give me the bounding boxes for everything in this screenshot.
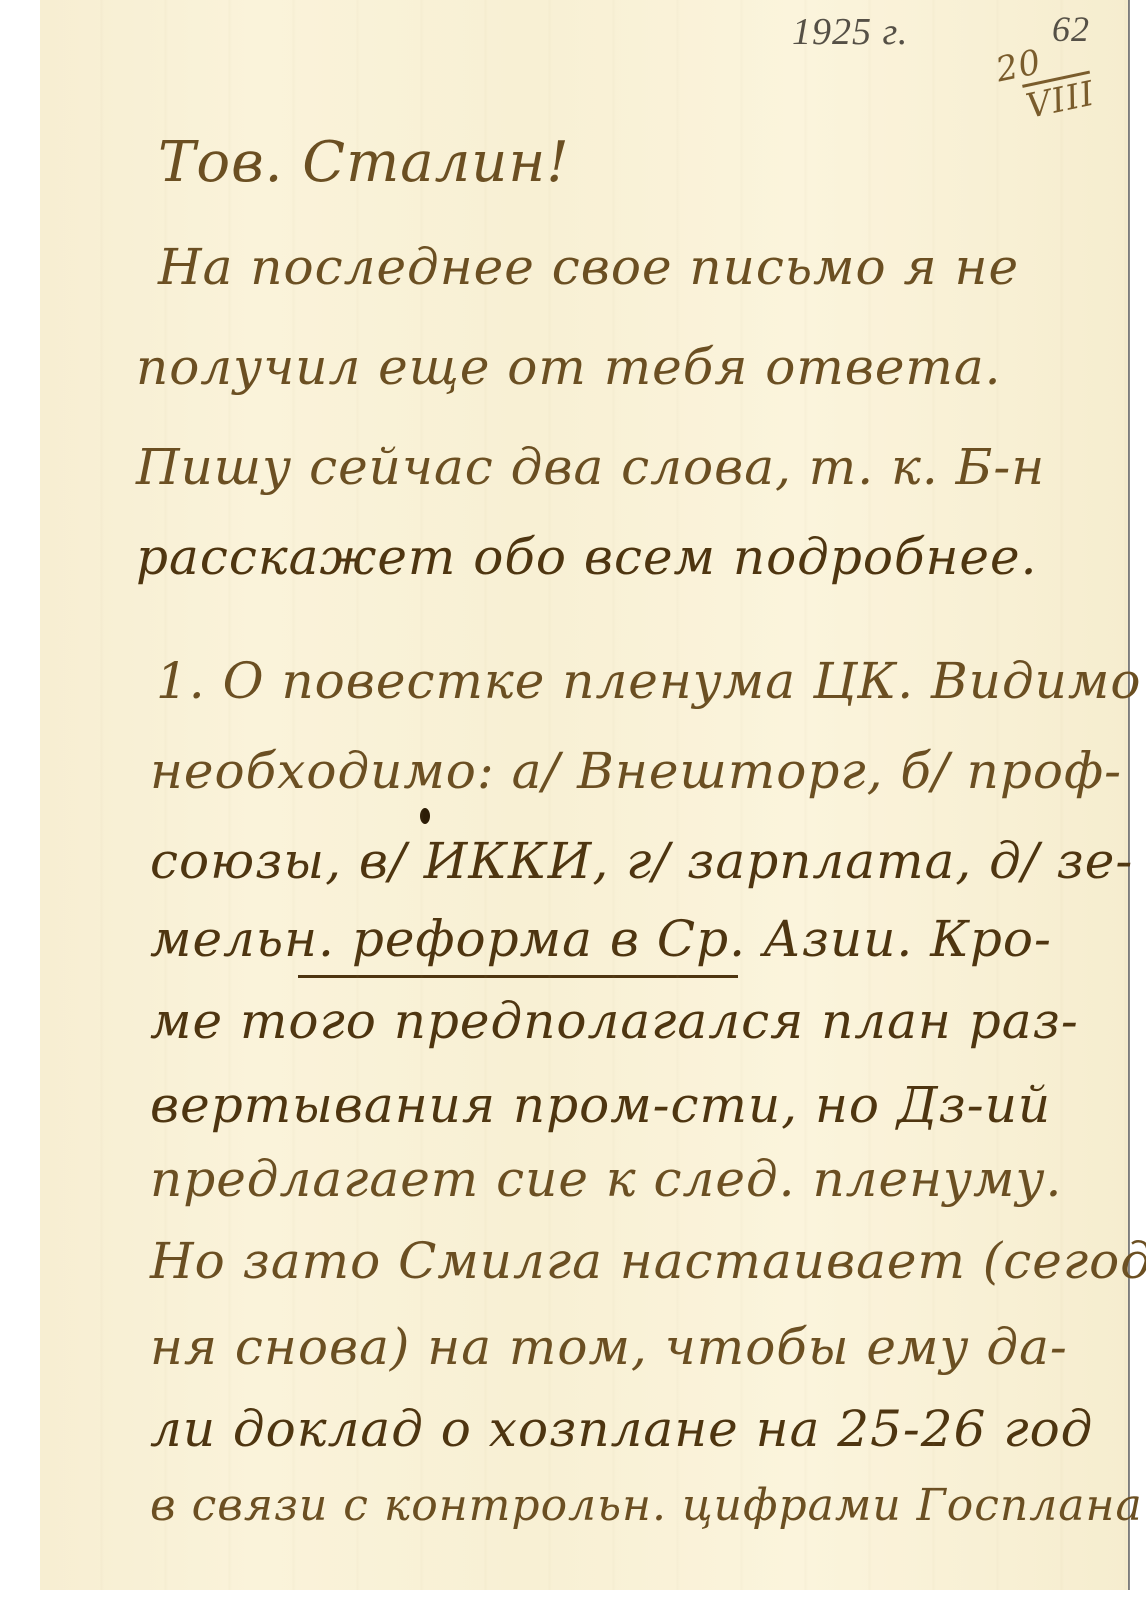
letter-line-6: необходимо: а/ Внешторг, б/ проф-: [150, 742, 1122, 800]
letter-line-1: На последнее свое письмо я не: [158, 238, 1019, 296]
letter-line-9: ме того предполагался план раз-: [150, 992, 1079, 1050]
line-8-text: мельн. реформа в Ср. Азии. Кро-: [150, 910, 1052, 968]
archive-year-annotation: 1925 г.: [792, 10, 908, 54]
letter-line-11: предлагает сие к след. пленуму.: [150, 1150, 1062, 1208]
letter-date: 20 VIII: [992, 31, 1098, 132]
salutation: Тов. Сталин!: [158, 130, 570, 195]
ink-blot: [420, 808, 430, 824]
letter-line-4: расскажет обо всем подробнее.: [136, 528, 1038, 586]
letter-line-5: 1. О повестке пленума ЦК. Видимо: [156, 652, 1141, 710]
letter-line-2: получил еще от тебя ответа.: [136, 338, 1002, 396]
letter-line-12: Но зато Смилга настаивает (сегод-: [150, 1232, 1146, 1290]
underline-reform: [298, 975, 738, 978]
letter-paper: 1925 г. 62 20 VIII Тов. Сталин! На после…: [40, 0, 1129, 1590]
letter-line-8: мельн. реформа в Ср. Азии. Кро-: [150, 910, 1052, 968]
letter-line-3: Пишу сейчас два слова, т. к. Б-н: [136, 438, 1045, 496]
letter-line-7: союзы, в/ ИККИ, г/ зарплата, д/ зе-: [150, 832, 1133, 890]
letter-line-13: ня снова) на том, чтобы ему да-: [150, 1318, 1068, 1376]
letter-line-15: в связи с контрольн. цифрами Госплана.: [150, 1480, 1146, 1531]
letter-line-10: вертывания пром-сти, но Дз-ий: [150, 1076, 1051, 1134]
letter-line-14: ли доклад о хозплане на 25-26 год: [150, 1400, 1093, 1458]
